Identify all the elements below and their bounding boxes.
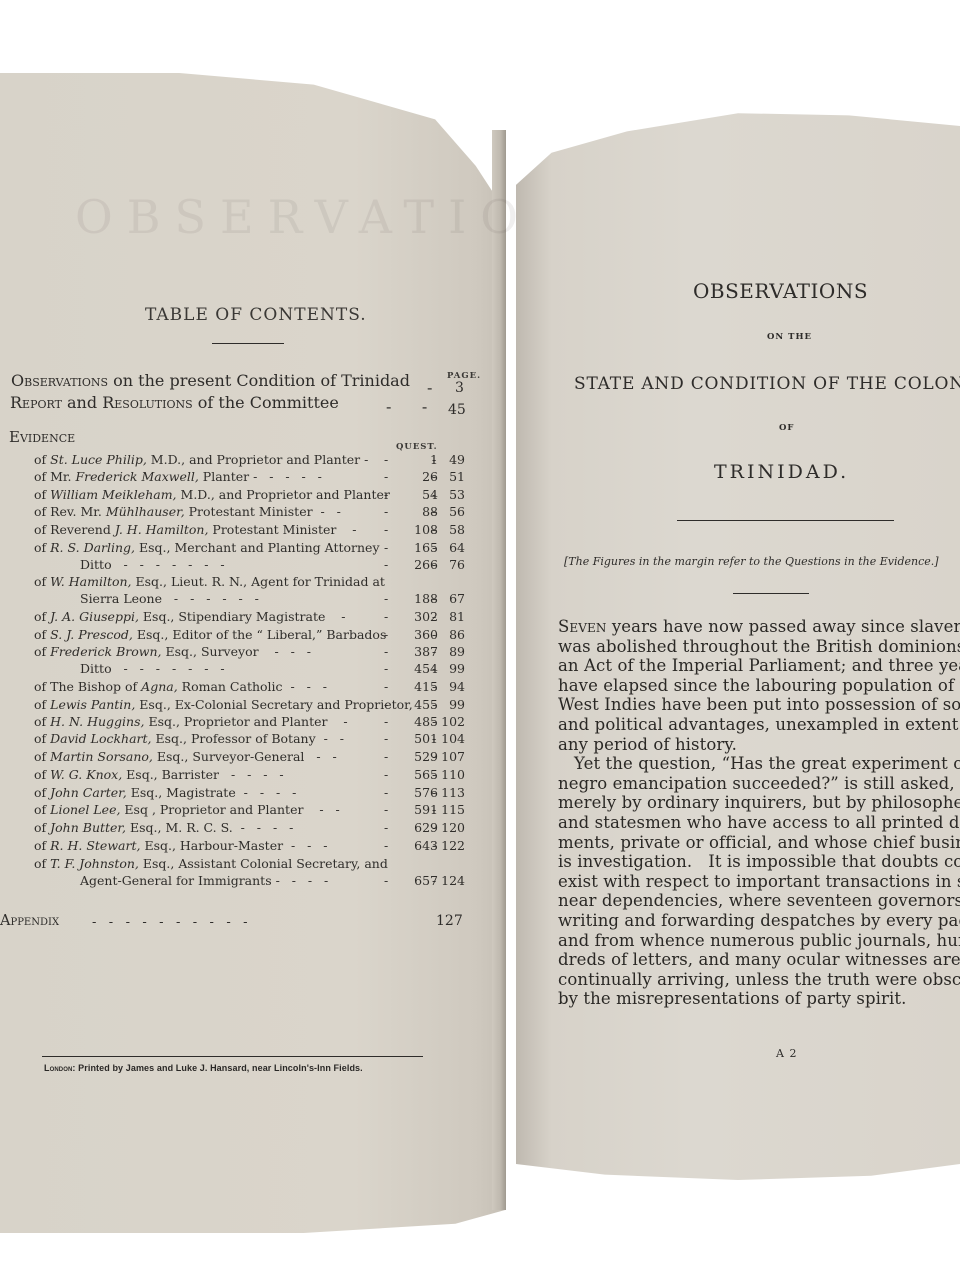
body-line: continually arriving, unless the truth w… bbox=[558, 970, 960, 989]
body-line: was abolished throughout the British dom… bbox=[558, 637, 960, 656]
witness-name: R. H. Stewart, bbox=[50, 838, 140, 853]
body-line: and political advantages, unexampled in … bbox=[558, 715, 960, 734]
page-number: 110 bbox=[439, 767, 465, 782]
margin-note: [The Figures in the margin refer to the … bbox=[564, 555, 939, 568]
body-line: by the misrepresentations of party spiri… bbox=[558, 989, 906, 1008]
witness-name: R. S. Darling, bbox=[50, 540, 135, 555]
evidence-entry: Agent-General for Immigrants - - - --657… bbox=[0, 873, 500, 890]
witness-name: Frederick Maxwell, bbox=[75, 469, 198, 484]
evidence-entry: of T. F. Johnston, Esq., Assistant Colon… bbox=[0, 856, 500, 873]
page-number: 45 bbox=[448, 402, 466, 418]
body-line: and statesmen who have access to all pri… bbox=[558, 813, 960, 832]
page-number: 86 bbox=[439, 627, 465, 642]
page-number: 120 bbox=[439, 820, 465, 835]
page-number: 127 bbox=[436, 913, 463, 929]
evidence-entry: Sierra Leone - - - - - --188-67 bbox=[0, 591, 500, 608]
evidence-entry: of Reverend J. H. Hamilton, Protestant M… bbox=[0, 522, 500, 539]
chapter-title: OBSERVATIONS bbox=[693, 279, 868, 303]
body-line: Seven years have now passed away since s… bbox=[558, 617, 960, 636]
place-title: TRINIDAD. bbox=[714, 461, 849, 483]
appendix-label: Appendix bbox=[0, 913, 59, 929]
witness-name: John Butter, bbox=[50, 820, 126, 835]
body-line: writing and forwarding despatches by eve… bbox=[558, 911, 960, 930]
body-line: negro emancipation succeeded?” is still … bbox=[558, 774, 960, 793]
evidence-entry: of H. N. Huggins, Esq., Proprietor and P… bbox=[0, 714, 500, 731]
page-number: 81 bbox=[439, 609, 465, 624]
witness-name: W. G. Knox, bbox=[50, 767, 122, 782]
evidence-entry: of W. G. Knox, Esq., Barrister - - - --5… bbox=[0, 767, 500, 784]
toc-entry-observations: Observations on the present Condition of… bbox=[11, 371, 410, 390]
body-line: near dependencies, where seventeen gover… bbox=[558, 891, 960, 910]
short-rule bbox=[733, 593, 809, 594]
body-line: is investigation. It is impossible that … bbox=[558, 852, 960, 871]
printer-imprint: London: Printed by James and Luke J. Han… bbox=[44, 1063, 363, 1073]
witness-name: J. H. Hamilton, bbox=[115, 522, 209, 537]
page-number: 58 bbox=[439, 522, 465, 537]
page-number: 102 bbox=[439, 714, 465, 729]
imprint-rule bbox=[42, 1056, 423, 1057]
body-line: any period of history. bbox=[558, 735, 737, 754]
page-number: 51 bbox=[439, 469, 465, 484]
quest-column-header: QUEST. bbox=[396, 442, 438, 452]
page-number: 124 bbox=[439, 873, 465, 888]
evidence-entry: of David Lockhart, Esq., Professor of Bo… bbox=[0, 731, 500, 748]
body-line: merely by ordinary inquirers, but by phi… bbox=[558, 793, 960, 812]
evidence-entry: of Lionel Lee, Esq , Proprietor and Plan… bbox=[0, 802, 500, 819]
witness-name: John Carter, bbox=[50, 785, 127, 800]
evidence-entry: of S. J. Prescod, Esq., Editor of the “ … bbox=[0, 627, 500, 644]
witness-name: H. N. Huggins, bbox=[50, 714, 144, 729]
witness-name: T. F. Johnston, bbox=[50, 856, 139, 871]
evidence-entry: of John Carter, Esq., Magistrate - - - -… bbox=[0, 785, 500, 802]
page-number: 49 bbox=[439, 452, 465, 467]
witness-name: William Meikleham, bbox=[50, 487, 176, 502]
witness-name: Lewis Pantin, bbox=[50, 697, 135, 712]
body-line: an Act of the Imperial Parliament; and t… bbox=[558, 656, 960, 675]
evidence-entry: of R. H. Stewart, Esq., Harbour-Master -… bbox=[0, 838, 500, 855]
witness-name: Lionel Lee, bbox=[50, 802, 120, 817]
witness-name: Agna, bbox=[141, 679, 178, 694]
page-number: 56 bbox=[439, 504, 465, 519]
evidence-entry: of Mr. Frederick Maxwell, Planter - - - … bbox=[0, 469, 500, 486]
body-line: exist with respect to important transact… bbox=[558, 872, 960, 891]
page-number: 67 bbox=[439, 591, 465, 606]
witness-name: David Lockhart, bbox=[50, 731, 151, 746]
title-rule bbox=[212, 343, 284, 344]
page-number: 89 bbox=[439, 644, 465, 659]
subtitle-state: STATE AND CONDITION OF THE COLONY bbox=[574, 374, 960, 394]
witness-name: J. A. Giuseppi, bbox=[50, 609, 139, 624]
witness-name: Mühlhauser, bbox=[106, 504, 185, 519]
subtitle-on-the: ON THE bbox=[767, 332, 812, 342]
heading-rule bbox=[677, 520, 894, 521]
page-number: 64 bbox=[439, 540, 465, 555]
page-number: 94 bbox=[439, 679, 465, 694]
evidence-entry: of Frederick Brown, Esq., Surveyor - - -… bbox=[0, 644, 500, 661]
body-line: and from whence numerous public journals… bbox=[558, 931, 960, 950]
evidence-entry: of W. Hamilton, Esq., Lieut. R. N., Agen… bbox=[0, 574, 500, 591]
toc-title: TABLE OF CONTENTS. bbox=[145, 305, 367, 325]
page-number: 76 bbox=[439, 557, 465, 572]
witness-name: Martin Sorsano, bbox=[50, 749, 153, 764]
body-line: dreds of letters, and many ocular witnes… bbox=[558, 950, 960, 969]
body-line: have elapsed since the labouring populat… bbox=[558, 676, 960, 695]
body-line: Yet the question, “Has the great experim… bbox=[558, 754, 960, 773]
witness-name: St. Luce Philip, bbox=[50, 452, 147, 467]
evidence-entry: of J. A. Giuseppi, Esq., Stipendiary Mag… bbox=[0, 609, 500, 626]
signature-mark: A 2 bbox=[776, 1047, 797, 1060]
page-number: 122 bbox=[439, 838, 465, 853]
page-number: 53 bbox=[439, 487, 465, 502]
evidence-entry: of Martin Sorsano, Esq., Surveyor-Genera… bbox=[0, 749, 500, 766]
evidence-entry: of William Meikleham, M.D., and Propriet… bbox=[0, 487, 500, 504]
witness-name: S. J. Prescod, bbox=[50, 627, 133, 642]
evidence-entry: Ditto - - - - - - --454-99 bbox=[0, 661, 500, 678]
page-number: 3 bbox=[455, 380, 464, 396]
witness-name: Frederick Brown, bbox=[50, 644, 161, 659]
evidence-entry: of St. Luce Philip, M.D., and Proprietor… bbox=[0, 452, 500, 469]
page-number: 104 bbox=[439, 731, 465, 746]
page-number: 115 bbox=[439, 802, 465, 817]
page-number: 99 bbox=[439, 661, 465, 676]
page-number: 107 bbox=[439, 749, 465, 764]
witness-name: W. Hamilton, bbox=[50, 574, 131, 589]
evidence-entry: of Rev. Mr. Mühlhauser, Protestant Minis… bbox=[0, 504, 500, 521]
evidence-heading: Evidence bbox=[9, 428, 75, 446]
body-line: ments, private or official, and whose ch… bbox=[558, 833, 960, 852]
toc-entry-report: Report and Resolutions of the Committee bbox=[10, 393, 339, 412]
evidence-entry: of Lewis Pantin, Esq., Ex-Colonial Secre… bbox=[0, 697, 500, 714]
page-column-header: PAGE. bbox=[447, 371, 481, 381]
evidence-entry: of John Butter, Esq., M. R. C. S. - - - … bbox=[0, 820, 500, 837]
evidence-entry: Ditto - - - - - - --266-76 bbox=[0, 557, 500, 574]
page-number: 99 bbox=[439, 697, 465, 712]
evidence-entry: of The Bishop of Agna, Roman Catholic - … bbox=[0, 679, 500, 696]
evidence-entry: of R. S. Darling, Esq., Merchant and Pla… bbox=[0, 540, 500, 557]
page-number: 113 bbox=[439, 785, 465, 800]
body-line: West Indies have been put into possessio… bbox=[558, 695, 960, 714]
subtitle-of: OF bbox=[779, 423, 794, 433]
